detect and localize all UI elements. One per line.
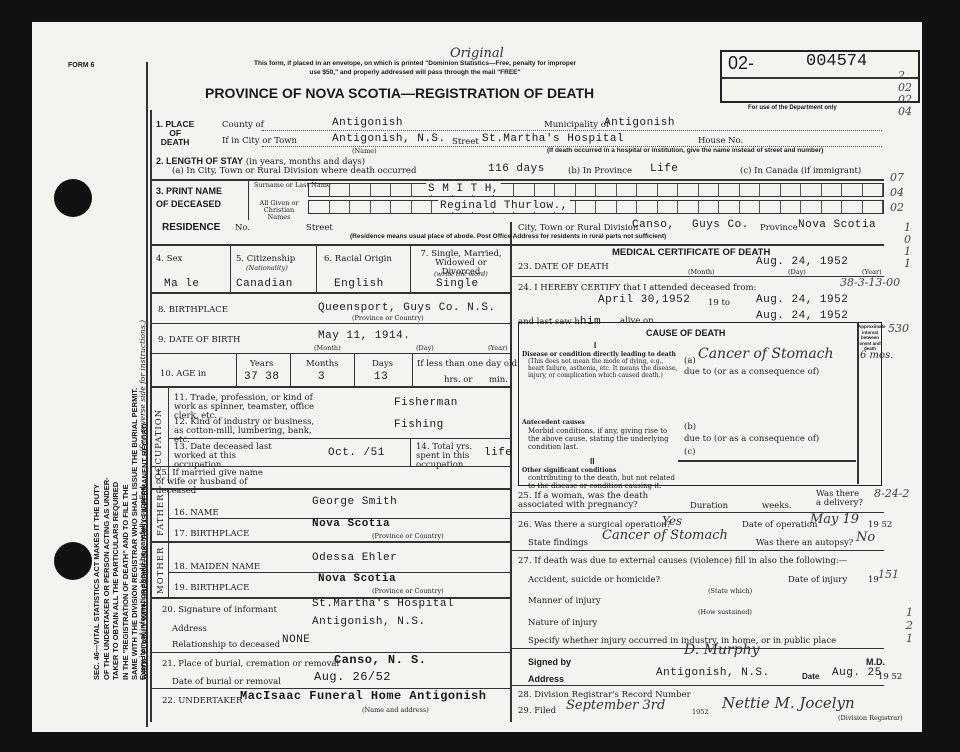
cause-a-value: Cancer of Stomach — [698, 346, 834, 362]
delivery-code: 8-24-2 — [874, 487, 909, 500]
attended-from-value: April 30,1952 — [598, 294, 690, 306]
mother-name-value: Odessa Ehler — [312, 552, 397, 564]
alive-on-value: Aug. 24, 1952 — [756, 310, 848, 322]
physician-address-value: Antigonish, N.S. — [656, 667, 770, 679]
mother-side-label: MOTHER — [156, 547, 166, 594]
autopsy-value: No — [856, 530, 875, 545]
age-code: 38-3-13-00 — [840, 276, 900, 289]
cause-code: 530 — [888, 322, 909, 335]
given-name-grid — [308, 200, 884, 214]
reg-number: 004574 — [806, 52, 867, 71]
death-registration-form: SEC. 46—VITAL STATISTICS ACT MAKES IT TH… — [32, 22, 922, 732]
attended-to-value: Aug. 24, 1952 — [756, 294, 848, 306]
age-years-value: 37 38 — [244, 371, 280, 383]
mail-notice: This form, if placed in an envelope, on … — [220, 59, 610, 77]
physician-signature: D. Murphy — [684, 642, 760, 658]
relationship-value: NONE — [282, 634, 310, 646]
surname-value: S M I T H, — [426, 183, 501, 195]
county-value: Antigonish — [332, 117, 403, 129]
father-name-value: George Smith — [312, 496, 397, 508]
operation-date-value: May 19 — [810, 512, 859, 527]
column-divider — [510, 222, 512, 722]
signed-date-value: Aug. 25 — [832, 667, 882, 679]
form-number: FORM 6 — [68, 62, 94, 69]
burial-place-value: Canso, N. S. — [334, 653, 426, 667]
undertaker-value: MacIsaac Funeral Home Antigonish — [240, 689, 486, 703]
residence-county-value: Guys Co. — [692, 219, 749, 231]
punch-hole-bottom — [54, 542, 92, 580]
informant-value: St.Martha's Hospital — [312, 598, 454, 610]
age-months-value: 3 — [318, 371, 325, 383]
age-days-value: 13 — [374, 371, 388, 383]
burial-date-value: Aug. 26/52 — [314, 670, 391, 684]
findings-value: Cancer of Stomach — [602, 528, 728, 543]
form-title: PROVINCE OF NOVA SCOTIA—REGISTRATION OF … — [205, 85, 594, 101]
date-of-death-value: Aug. 24, 1952 — [756, 256, 848, 268]
registrar-signature: Nettie M. Jocelyn — [722, 694, 855, 712]
cause-of-death-title: CAUSE OF DEATH — [646, 328, 725, 338]
marital-status-value: Single — [436, 278, 479, 290]
handwritten-original: Original — [450, 46, 504, 61]
margin-codes-bottom: 1 2 1 — [906, 606, 913, 645]
citizenship-value: Canadian — [236, 278, 293, 290]
city-value: Antigonish, N.S. — [332, 133, 446, 145]
registration-number-box: 02- 004574 — [720, 50, 920, 103]
reg-prefix: 02- — [728, 53, 754, 74]
total-years-value: life — [484, 447, 512, 459]
dept-note: For use of the Department only — [748, 105, 837, 111]
racial-origin-value: English — [334, 278, 384, 290]
informant-address-value: Antigonish, N.S. — [312, 616, 426, 628]
sex-value: Ma le — [164, 278, 200, 290]
medical-certificate-title: MEDICAL CERTIFICATE OF DEATH — [612, 247, 770, 258]
supply-notice: Every item of information should be care… — [138, 320, 147, 680]
surname-grid — [308, 183, 884, 197]
date-of-birth-value: May 11, 1914. — [318, 330, 410, 342]
filed-date-value: September 3rd — [566, 698, 665, 713]
injury-code: 151 — [878, 568, 899, 581]
residence-province-value: Nova Scotia — [798, 219, 876, 231]
print-name-label: 3. PRINT NAME OF DECEASED — [156, 185, 222, 211]
operation-value: Yes — [662, 514, 682, 528]
father-birthplace-value: Nova Scotia — [312, 518, 390, 530]
margin-codes-top: 2 02 02 04 — [898, 70, 912, 118]
given-name-value: Reginald Thurlow., — [438, 200, 570, 212]
mother-birthplace-value: Nova Scotia — [318, 573, 396, 585]
birthplace-value: Queensport, Guys Co. N.S. — [318, 302, 496, 314]
last-worked-value: Oct. /51 — [328, 447, 385, 459]
stay-province-value: Life — [650, 163, 678, 175]
street-value: St.Martha's Hospital — [482, 133, 624, 145]
cause-a-interval: 6 mos. — [860, 350, 893, 361]
stay-city-value: 116 days — [488, 163, 545, 175]
margin-codes-lower: 1 0 1 1 — [904, 222, 911, 270]
municipality-value: Antigonish — [604, 117, 675, 129]
punch-hole-top — [54, 179, 92, 217]
father-side-label: FATHER — [156, 493, 166, 536]
residence-city-value: Canso, — [632, 219, 675, 231]
place-of-death-label: 1. PLACEOFDEATH — [156, 120, 194, 147]
industry-value: Fishing — [394, 419, 444, 431]
trade-value: Fisherman — [394, 397, 458, 409]
margin-codes-mid: 07 04 02 — [890, 170, 904, 215]
